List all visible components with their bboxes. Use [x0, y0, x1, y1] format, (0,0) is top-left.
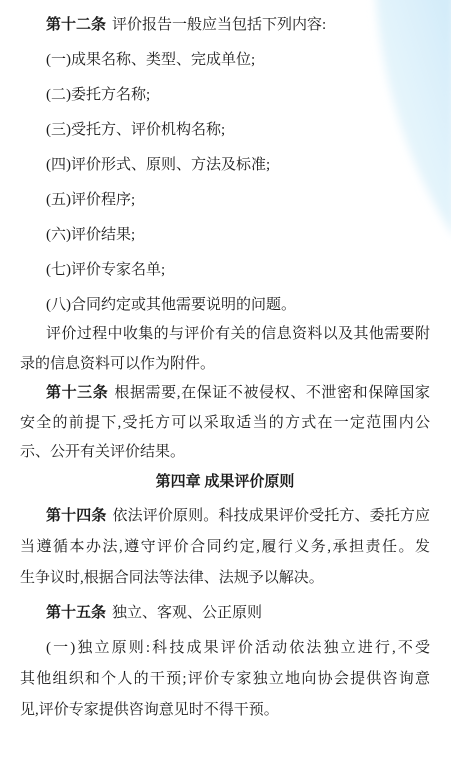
text-line: (四)评价形式、原则、方法及标准;: [20, 150, 430, 180]
text-line: 见,评价专家提供咨询意见时不得干预。: [20, 695, 430, 726]
line-text: (三)受托方、评价机构名称;: [46, 122, 225, 138]
line-text: 评价过程中收集的与评价有关的信息资料以及其他需要附: [46, 326, 430, 342]
line-text: 录的信息资料可以作为附件。: [20, 356, 215, 372]
line-text: 示、公开有关评价结果。: [20, 444, 185, 460]
line-text: (一)成果名称、类型、完成单位;: [46, 52, 255, 68]
text-line: (七)评价专家名单;: [20, 255, 430, 285]
document-body: 第十二条评价报告一般应当包括下列内容: (一)成果名称、类型、完成单位; (二)…: [20, 0, 430, 726]
line-text: (四)评价形式、原则、方法及标准;: [46, 157, 270, 173]
list-item-1: (一)成果名称、类型、完成单位;: [20, 45, 430, 75]
text-line: 录的信息资料可以作为附件。: [20, 350, 430, 380]
line-text: (一)独立原则:科技成果评价活动依法独立进行,不受: [46, 640, 430, 656]
text-line: (三)受托方、评价机构名称;: [20, 115, 430, 145]
text-line: 第十二条评价报告一般应当包括下列内容:: [20, 10, 430, 40]
text-line: 当遵循本办法,遵守评价合同约定,履行义务,承担责任。发: [20, 532, 430, 563]
text-line: 第十四条依法评价原则。科技成果评价受托方、委托方应: [20, 501, 430, 532]
line-text: 依法评价原则。科技成果评价受托方、委托方应: [113, 508, 430, 524]
line-text: 生争议时,根据合同法等法律、法规予以解决。: [20, 570, 324, 586]
text-line: 评价过程中收集的与评价有关的信息资料以及其他需要附: [20, 320, 430, 350]
text-line: (二)委托方名称;: [20, 80, 430, 110]
text-line: 其他组织和个人的干预;评价专家独立地向协会提供咨询意: [20, 664, 430, 695]
line-text: 见,评价专家提供咨询意见时不得干预。: [20, 702, 279, 718]
text-line: 第十五条独立、客观、公正原则: [20, 598, 430, 629]
line-text: 其他组织和个人的干预;评价专家独立地向协会提供咨询意: [20, 671, 430, 687]
chapter-heading: 第四章 成果评价原则: [20, 468, 430, 498]
text-line: (一)成果名称、类型、完成单位;: [20, 45, 430, 75]
document-page: { "page": { "background_color": "#ffffff…: [0, 0, 451, 764]
list-item-2: (二)委托方名称;: [20, 80, 430, 110]
article-number: 第十五条: [46, 605, 106, 621]
line-text: 当遵循本办法,遵守评价合同约定,履行义务,承担责任。发: [20, 539, 430, 555]
chapter-title: 第四章 成果评价原则: [20, 468, 430, 498]
list-item-7: (七)评价专家名单;: [20, 255, 430, 285]
list-item-4: (四)评价形式、原则、方法及标准;: [20, 150, 430, 180]
text-line: (六)评价结果;: [20, 220, 430, 250]
article-number: 第十二条: [46, 17, 106, 33]
list-item-3: (三)受托方、评价机构名称;: [20, 115, 430, 145]
line-text: 独立、客观、公正原则: [112, 605, 262, 621]
line-text: 评价报告一般应当包括下列内容:: [112, 17, 326, 33]
line-text: (八)合同约定或其他需要说明的问题。: [46, 297, 296, 313]
line-text: (二)委托方名称;: [46, 87, 150, 103]
line-text: (七)评价专家名单;: [46, 262, 165, 278]
text-line: (八)合同约定或其他需要说明的问题。: [20, 290, 430, 320]
paragraph-attachment-note: 评价过程中收集的与评价有关的信息资料以及其他需要附 录的信息资料可以作为附件。: [20, 320, 430, 379]
paragraph-independence-principle: (一)独立原则:科技成果评价活动依法独立进行,不受 其他组织和个人的干预;评价专…: [20, 633, 430, 726]
paragraph-article-13: 第十三条根据需要,在保证不被侵权、不泄密和保障国家 安全的前提下,受托方可以采取…: [20, 379, 430, 468]
line-text: 安全的前提下,受托方可以采取适当的方式在一定范围内公: [20, 415, 430, 431]
text-line: (五)评价程序;: [20, 185, 430, 215]
text-line: 第十三条根据需要,在保证不被侵权、不泄密和保障国家: [20, 379, 430, 409]
paragraph-article-12: 第十二条评价报告一般应当包括下列内容:: [20, 10, 430, 40]
article-number: 第十三条: [46, 385, 108, 401]
text-line: 生争议时,根据合同法等法律、法规予以解决。: [20, 563, 430, 594]
paragraph-article-14: 第十四条依法评价原则。科技成果评价受托方、委托方应 当遵循本办法,遵守评价合同约…: [20, 501, 430, 594]
line-text: 根据需要,在保证不被侵权、不泄密和保障国家: [114, 385, 430, 401]
article-number: 第十四条: [46, 508, 107, 524]
line-text: (六)评价结果;: [46, 227, 135, 243]
list-item-6: (六)评价结果;: [20, 220, 430, 250]
paragraph-article-15: 第十五条独立、客观、公正原则: [20, 598, 430, 629]
line-text: (五)评价程序;: [46, 192, 135, 208]
text-line: 安全的前提下,受托方可以采取适当的方式在一定范围内公: [20, 409, 430, 439]
text-line: 示、公开有关评价结果。: [20, 438, 430, 468]
list-item-5: (五)评价程序;: [20, 185, 430, 215]
text-line: (一)独立原则:科技成果评价活动依法独立进行,不受: [20, 633, 430, 664]
list-item-8: (八)合同约定或其他需要说明的问题。: [20, 290, 430, 320]
